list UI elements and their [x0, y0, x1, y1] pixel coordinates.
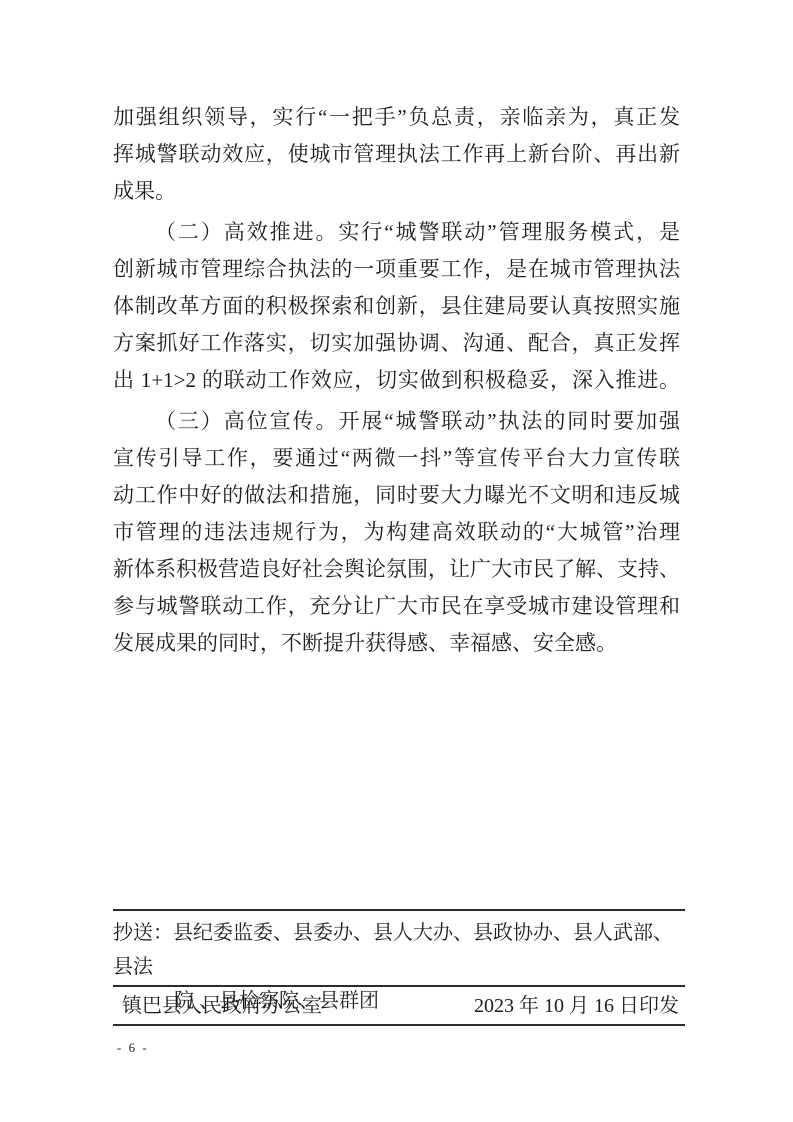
body-line: 宣传引导工作，要通过“两微一抖”等宣传平台大力宣传联 — [113, 440, 680, 477]
body-line: 挥城警联动效应，使城市管理执法工作再上新台阶、再出新 — [113, 136, 680, 173]
paragraph: （三）高位宣传。开展“城警联动”执法的同时要加强 宣传引导工作，要通过“两微一抖… — [113, 403, 680, 662]
body-line: （三）高位宣传。开展“城警联动”执法的同时要加强 — [113, 403, 680, 440]
body-line: 出 1+1>2 的联动工作效应，切实做到积极稳妥，深入推进。 — [113, 362, 680, 399]
document-body: 加强组织领导，实行“一把手”负总责，亲临亲为，真正发 挥城警联动效应，使城市管理… — [113, 99, 680, 662]
body-line: 发展成果的同时，不断提升获得感、幸福感、安全感。 — [113, 625, 680, 662]
footer-middle-divider — [113, 985, 685, 987]
body-line: 参与城警联动工作，充分让广大市民在享受城市建设管理和 — [113, 588, 680, 625]
page-number: - 6 - — [117, 1040, 149, 1056]
body-line: 新体系积极营造良好社会舆论氛围，让广大市民了解、支持、 — [113, 551, 680, 588]
cc-line: 抄送：县纪委监委、县委办、县人大办、县政协办、县人武部、县法 — [113, 916, 685, 984]
body-line: 加强组织领导，实行“一把手”负总责，亲临亲为，真正发 — [113, 99, 680, 136]
footer-top-divider — [113, 909, 685, 911]
print-date: 2023 年 10 月 16 日印发 — [474, 989, 685, 1023]
paragraph: （二）高效推进。实行“城警联动”管理服务模式，是 创新城市管理综合执法的一项重要… — [113, 214, 680, 399]
body-line: 动工作中好的做法和措施，同时要大力曝光不文明和违反城 — [113, 477, 680, 514]
document-page: 加强组织领导，实行“一把手”负总责，亲临亲为，真正发 挥城警联动效应，使城市管理… — [0, 0, 793, 1122]
footer-bottom-divider — [113, 1024, 685, 1026]
body-line: 成果。 — [113, 173, 680, 210]
body-line: 方案抓好工作落实，切实加强协调、沟通、配合，真正发挥 — [113, 325, 680, 362]
issuer-office: 镇巴县人民政府办公室 — [113, 989, 322, 1023]
body-line: 市管理的违法违规行为，为构建高效联动的“大城管”治理 — [113, 514, 680, 551]
body-line: 体制改革方面的积极探索和创新，县住建局要认真按照实施 — [113, 288, 680, 325]
body-line: 创新城市管理综合执法的一项重要工作，是在城市管理执法 — [113, 251, 680, 288]
paragraph: 加强组织领导，实行“一把手”负总责，亲临亲为，真正发 挥城警联动效应，使城市管理… — [113, 99, 680, 210]
issuer-row: 镇巴县人民政府办公室 2023 年 10 月 16 日印发 — [113, 989, 685, 1023]
body-line: （二）高效推进。实行“城警联动”管理服务模式，是 — [113, 214, 680, 251]
